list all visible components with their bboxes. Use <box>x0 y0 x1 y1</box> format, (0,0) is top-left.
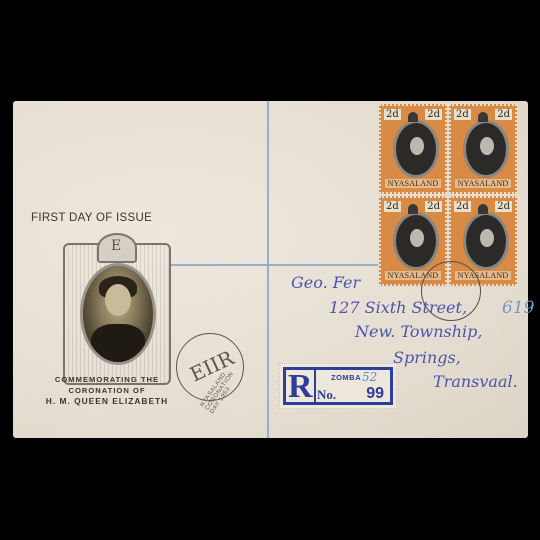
envelope-cover: FIRST DAY OF ISSUE E COMMEMORATING THE C… <box>13 101 528 438</box>
registration-number: 99 <box>366 385 384 403</box>
crown-icon <box>408 204 418 214</box>
cachet-caption: COMMEMORATING THE CORONATION OF H. M. QU… <box>25 375 189 407</box>
address-line: Springs, <box>393 348 461 367</box>
address-line: 127 Sixth Street, <box>329 298 467 317</box>
registration-label: R ZOMBA 52 No. 99 <box>279 363 397 409</box>
crown-icon <box>478 112 488 122</box>
first-day-header: FIRST DAY OF ISSUE <box>31 212 152 224</box>
stamp: 2d 2d NYASALAND <box>379 104 447 194</box>
address-line: Transvaal. <box>433 372 518 391</box>
stamp: 2d 2d NYASALAND <box>449 104 517 194</box>
queen-portrait <box>80 263 156 365</box>
stamp-block: 2d 2d NYASALAND 2d 2d NYASALAND 2d 2d NY… <box>378 103 518 287</box>
handwritten-number: 52 <box>362 370 377 384</box>
post-office-name: ZOMBA <box>331 373 361 382</box>
queen-portrait-icon <box>463 212 509 270</box>
crown-icon <box>478 204 488 214</box>
cachet-frame: E <box>63 233 167 381</box>
registration-line-vertical <box>267 101 269 438</box>
address-line: New. Township, <box>355 322 482 341</box>
pencil-annotation: 619 <box>502 298 534 318</box>
registration-letter: R <box>288 368 313 406</box>
queen-portrait-icon <box>393 212 439 270</box>
queen-portrait-icon <box>463 120 509 178</box>
queen-portrait-icon <box>393 120 439 178</box>
coronation-postmark: EIIR NYASALAND CORONATION DAY 1953 <box>176 333 244 401</box>
crest-icon: E <box>97 233 137 263</box>
address-line: Geo. Fer <box>291 273 360 292</box>
crown-icon <box>408 112 418 122</box>
